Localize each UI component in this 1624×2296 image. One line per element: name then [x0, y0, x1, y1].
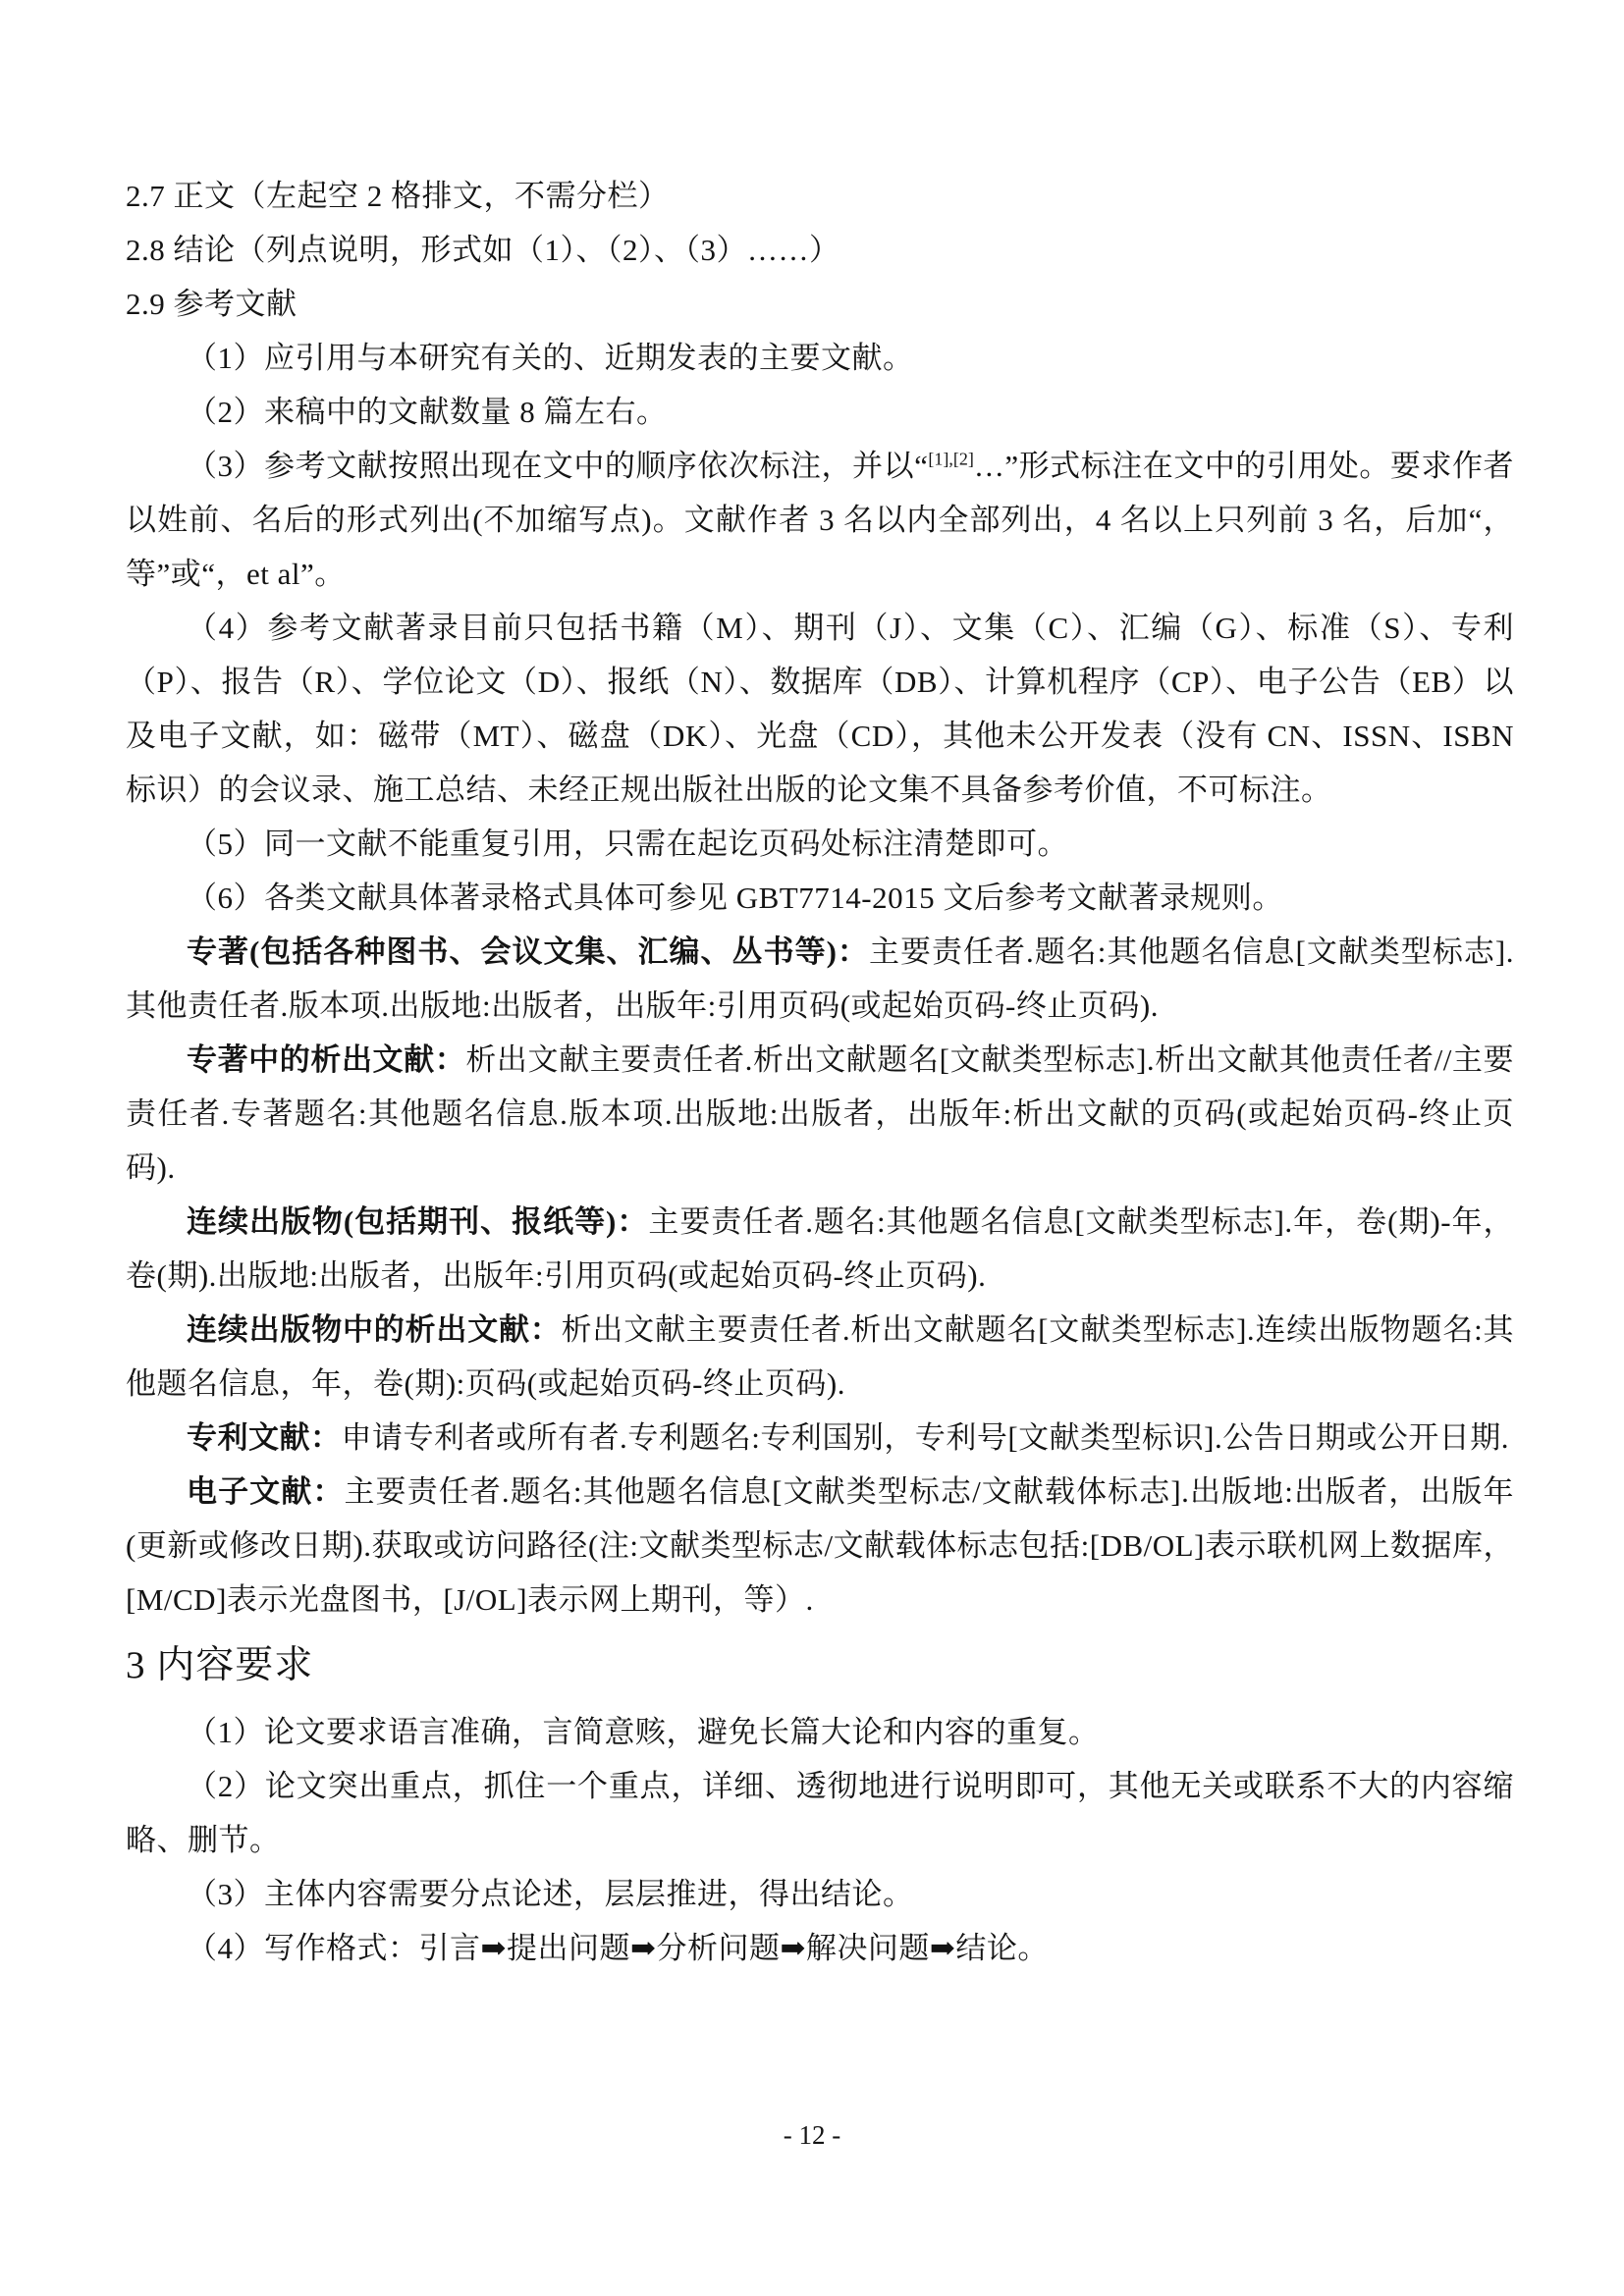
heading-3: 3 内容要求 [126, 1627, 1514, 1705]
page-number: - 12 - [0, 2120, 1624, 2151]
reference-rule-1: （1）应引用与本研究有关的、近期发表的主要文献。 [126, 331, 1514, 385]
format-monograph-label: 专著(包括各种图书、会议文集、汇编、丛书等)： [187, 934, 869, 969]
content-requirement-1: （1）论文要求语言准确，言简意赅，避免长篇大论和内容的重复。 [126, 1705, 1514, 1759]
format-electronic-label: 电子文献： [187, 1474, 344, 1509]
format-monograph: 专著(包括各种图书、会议文集、汇编、丛书等)：主要责任者.题名:其他题名信息[文… [126, 925, 1514, 1033]
format-patent-label: 专利文献： [187, 1420, 342, 1455]
format-serial-excerpt: 连续出版物中的析出文献：析出文献主要责任者.析出文献题名[文献类型标志].连续出… [126, 1303, 1514, 1411]
format-monograph-excerpt: 专著中的析出文献：析出文献主要责任者.析出文献题名[文献类型标志].析出文献其他… [126, 1033, 1514, 1195]
reference-rule-3: （3）参考文献按照出现在文中的顺序依次标注，并以“[1],[2]…”形式标注在文… [126, 439, 1514, 601]
format-electronic: 电子文献：主要责任者.题名:其他题名信息[文献类型标志/文献载体标志].出版地:… [126, 1465, 1514, 1627]
format-patent-body: 申请专利者或所有者.专利题名:专利国别，专利号[文献类型标识].公告日期或公开日… [342, 1420, 1510, 1455]
document-page: 2.7 正文（左起空 2 格排文，不需分栏） 2.8 结论（列点说明，形式如（1… [0, 0, 1624, 2296]
format-serial: 连续出版物(包括期刊、报纸等)：主要责任者.题名:其他题名信息[文献类型标志].… [126, 1195, 1514, 1303]
citation-superscript: [1],[2] [928, 450, 973, 469]
format-serial-excerpt-label: 连续出版物中的析出文献： [187, 1312, 562, 1347]
heading-2-7: 2.7 正文（左起空 2 格排文，不需分栏） [126, 169, 1514, 223]
content-requirement-2: （2）论文突出重点，抓住一个重点，详细、透彻地进行说明即可，其他无关或联系不大的… [126, 1759, 1514, 1867]
document-body: 2.7 正文（左起空 2 格排文，不需分栏） 2.8 结论（列点说明，形式如（1… [126, 169, 1514, 1975]
reference-rule-3-text: （3）参考文献按照出现在文中的顺序依次标注，并以“ [187, 449, 928, 483]
format-patent: 专利文献：申请专利者或所有者.专利题名:专利国别，专利号[文献类型标识].公告日… [126, 1411, 1514, 1465]
reference-rule-5: （5）同一文献不能重复引用，只需在起讫页码处标注清楚即可。 [126, 817, 1514, 871]
reference-rule-4: （4）参考文献著录目前只包括书籍（M）、期刊（J）、文集（C）、汇编（G）、标准… [126, 601, 1514, 817]
reference-rule-2: （2）来稿中的文献数量 8 篇左右。 [126, 385, 1514, 439]
content-requirement-3: （3）主体内容需要分点论述，层层推进，得出结论。 [126, 1867, 1514, 1921]
format-monograph-excerpt-label: 专著中的析出文献： [187, 1042, 465, 1077]
content-requirement-4: （4）写作格式：引言➡提出问题➡分析问题➡解决问题➡结论。 [126, 1921, 1514, 1975]
heading-2-8: 2.8 结论（列点说明，形式如（1）、（2）、（3）……） [126, 223, 1514, 277]
format-serial-label: 连续出版物(包括期刊、报纸等)： [187, 1204, 648, 1239]
reference-rule-6: （6）各类文献具体著录格式具体可参见 GBT7714-2015 文后参考文献著录… [126, 871, 1514, 925]
heading-2-9: 2.9 参考文献 [126, 277, 1514, 331]
